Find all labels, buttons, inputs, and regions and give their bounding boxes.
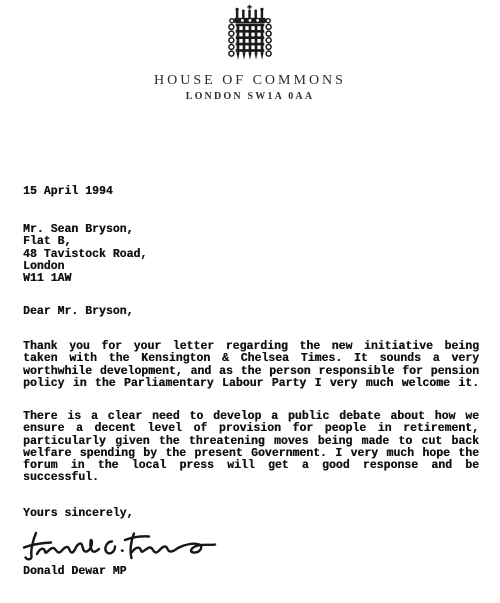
org-address: LONDON SW1A 0AA (0, 91, 500, 102)
salutation: Dear Mr. Bryson, (23, 306, 479, 318)
recipient-line: Flat B, (23, 236, 479, 248)
body-line: successful. (23, 472, 479, 484)
closing: Yours sincerely, (23, 508, 479, 520)
paragraph-2: There is a clear need to develop a publi… (23, 411, 479, 485)
body-line: ensure a decent level of provision for p… (23, 423, 479, 435)
letter-date: 15 April 1994 (23, 186, 479, 198)
letter-page: HOUSE OF COMMONS LONDON SW1A 0AA 15 Apri… (0, 0, 500, 603)
crowned-portcullis-icon (223, 4, 277, 72)
body-line: policy in the Parliamentary Labour Party… (23, 378, 479, 390)
signed-name: Donald Dewar MP (23, 566, 479, 578)
org-name: HOUSE OF COMMONS (0, 73, 500, 89)
recipient-line: Mr. Sean Bryson, (23, 224, 479, 236)
donald-dewar-signature-icon (22, 527, 218, 568)
recipient-address: Mr. Sean Bryson, Flat B, 48 Tavistock Ro… (23, 224, 479, 285)
recipient-line: 48 Tavistock Road, (23, 249, 479, 261)
paragraph-1: Thank you for your letter regarding the … (23, 341, 479, 390)
body-line: taken with the Kensington & Chelsea Time… (23, 353, 479, 365)
recipient-line: London (23, 261, 479, 273)
recipient-line: W11 1AW (23, 273, 479, 285)
